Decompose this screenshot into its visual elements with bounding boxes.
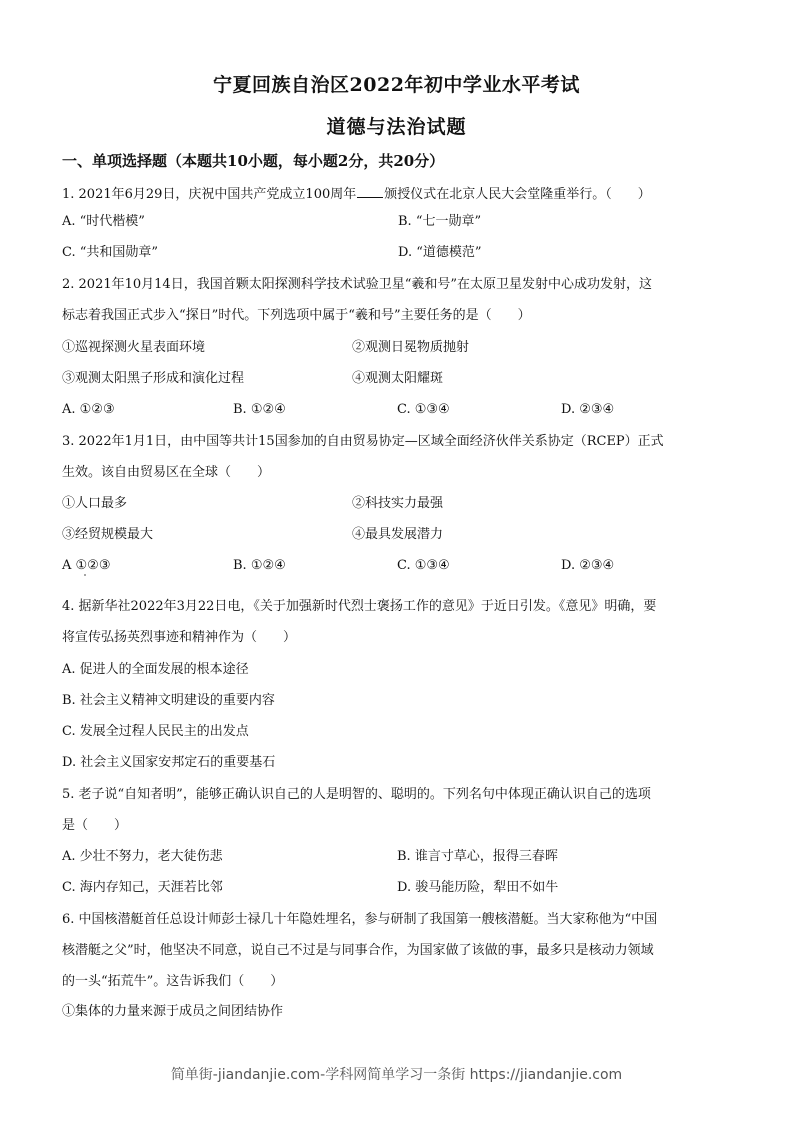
question-4-line-2: 将宣传弘扬英烈事迹和精神作为（ ）: [62, 629, 296, 647]
footer-watermark: 简单街-jiandanjie.com-学科网简单学习一条街 https://ji…: [0, 1064, 793, 1084]
question-6-statement-1: ①集体的力量来源于成员之间团结协作: [62, 1003, 283, 1021]
question-4-line-1: 4. 据新华社2022年3月22日电，《关于加强新时代烈士褒扬工作的意见》于近日…: [62, 598, 656, 616]
question-2-line-2: 标志着我国正式步入“探日”时代。下列选项中属于“羲和号”主要任务的是（ ）: [62, 307, 531, 325]
question-2-statement-3: ③观测太阳黑子形成和演化过程: [62, 370, 244, 388]
question-2-statement-2: ②观测日冕物质抛射: [352, 339, 469, 357]
question-5-option-c: C. 海内存知己，天涯若比邻: [62, 879, 223, 897]
question-6-line-1: 6. 中国核潜艇首任总设计师彭士禄几十年隐姓埋名，参与研制了我国第一艘核潜艇。当…: [62, 911, 657, 929]
question-4-option-a: A. 促进人的全面发展的根本途径: [62, 661, 249, 679]
answer-blank: [357, 185, 383, 198]
question-4-option-c: C. 发展全过程人民民主的出发点: [62, 723, 249, 741]
question-1-option-b: B. “七一勋章”: [398, 213, 481, 231]
question-3-statement-3: ③经贸规模最大: [62, 526, 153, 544]
question-3-line-1: 3. 2022年1月1日，由中国等共计15国参加的自由贸易协定—区域全面经济伙伴…: [62, 433, 664, 451]
question-3-option-a: A ①②③: [62, 557, 110, 575]
question-4-option-b: B. 社会主义精神文明建设的重要内容: [62, 692, 275, 710]
question-1-option-c: C. “共和国勋章”: [62, 244, 158, 262]
question-5-line-2: 是（ ）: [62, 817, 127, 835]
question-3-statement-1: ①人口最多: [62, 495, 127, 513]
question-2-option-b: B. ①②④: [233, 401, 286, 419]
question-4-option-d: D. 社会主义国家安邦定石的重要基石: [62, 754, 275, 772]
question-3-option-c: C. ①③④: [397, 557, 450, 575]
exam-title: 宁夏回族自治区2022年初中学业水平考试: [0, 70, 793, 97]
question-1-line-1b: 颁授仪式在北京人民大会堂隆重举行。（ ）: [384, 187, 651, 202]
question-1-stem: 1. 2021年6月29日，庆祝中国共产党成立100周年颁授仪式在北京人民大会堂…: [62, 185, 651, 204]
question-3-line-2: 生效。该自由贸易区在全球（ ）: [62, 464, 270, 482]
question-2-line-1: 2. 2021年10月14日，我国首颗太阳探测科学技术试验卫星“羲和号”在太原卫…: [62, 276, 652, 294]
question-1-option-a: A. “时代楷模”: [62, 213, 145, 231]
question-5-option-b: B. 谁言寸草心，报得三春晖: [397, 848, 558, 866]
question-6-line-3: 的一头“拓荒牛”。这告诉我们（ ）: [62, 973, 283, 991]
question-2-statement-4: ④观测太阳耀斑: [352, 370, 443, 388]
exam-page: 宁夏回族自治区2022年初中学业水平考试 道德与法治试题 一、单项选择题（本题共…: [0, 0, 793, 1122]
question-5-option-d: D. 骏马能历险，犁田不如牛: [397, 879, 558, 897]
section-heading: 一、单项选择题（本题共10小题，每小题2分，共20分）: [62, 150, 444, 171]
question-1-option-d: D. “道德模范”: [398, 244, 482, 262]
question-2-option-c: C. ①③④: [397, 401, 450, 419]
question-1-line-1: 1. 2021年6月29日，庆祝中国共产党成立100周年: [62, 187, 356, 202]
question-2-statement-1: ①巡视探测火星表面环境: [62, 339, 205, 357]
question-5-option-a: A. 少壮不努力，老大徒伤悲: [62, 848, 223, 866]
exam-subtitle: 道德与法治试题: [0, 112, 793, 139]
question-3-statement-2: ②科技实力最强: [352, 495, 443, 513]
question-3-option-d: D. ②③④: [561, 557, 614, 575]
question-6-line-2: 核潜艇之父”时，他坚决不同意，说自己不过是与同事合作，为国家做了该做的事，最多只…: [62, 942, 654, 960]
question-5-line-1: 5. 老子说“自知者明”，能够正确认识自己的人是明智的、聪明的。下列名句中体现正…: [62, 786, 651, 804]
question-2-option-d: D. ②③④: [561, 401, 614, 419]
question-3-statement-4: ④最具发展潜力: [352, 526, 443, 544]
scan-artifact: [84, 574, 86, 576]
question-2-option-a: A. ①②③: [62, 401, 115, 419]
question-3-option-b: B. ①②④: [233, 557, 286, 575]
